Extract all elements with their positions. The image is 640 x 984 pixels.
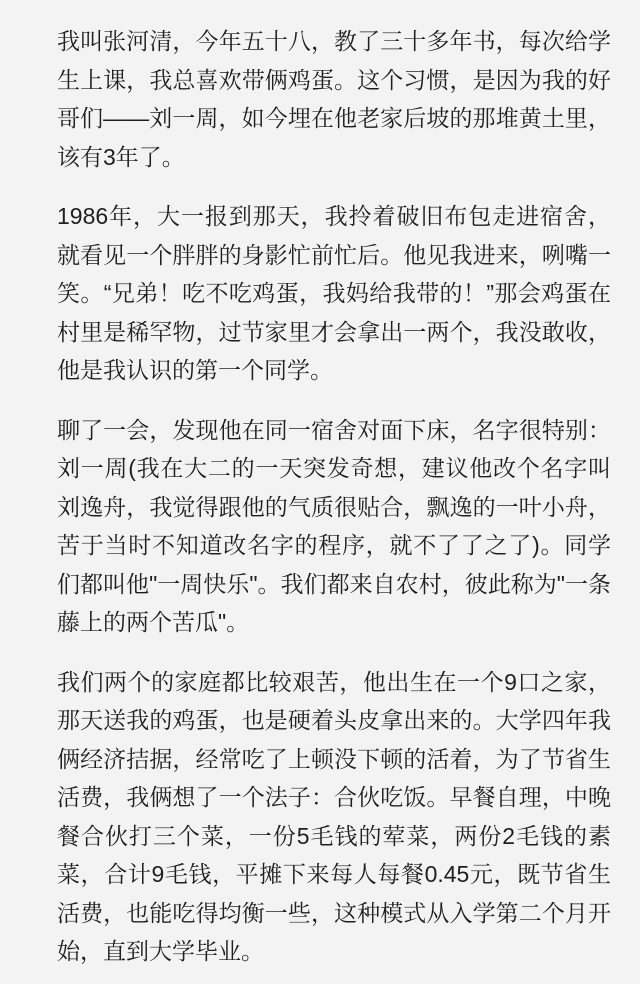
page-background: { "page": { "background_color": "#f4f3f3… — [0, 0, 640, 984]
paragraph: 聊了一会，发现他在同一宿舍对面下床，名字很特别：刘一周(我在大二的一天突发奇想，… — [57, 411, 611, 642]
paragraph: 1986年，大一报到那天，我拎着破旧布包走进宿舍，就看见一个胖胖的身影忙前忙后。… — [57, 197, 611, 390]
paragraph: 我们两个的家庭都比较艰苦，他出生在一个9口之家，那天送我的鸡蛋，也是硬着头皮拿出… — [57, 663, 611, 971]
article-body: 我叫张河清，今年五十八，教了三十多年书，每次给学生上课，我总喜欢带俩鸡蛋。这个习… — [0, 0, 640, 981]
paragraph: 我叫张河清，今年五十八，教了三十多年书，每次给学生上课，我总喜欢带俩鸡蛋。这个习… — [57, 22, 611, 176]
